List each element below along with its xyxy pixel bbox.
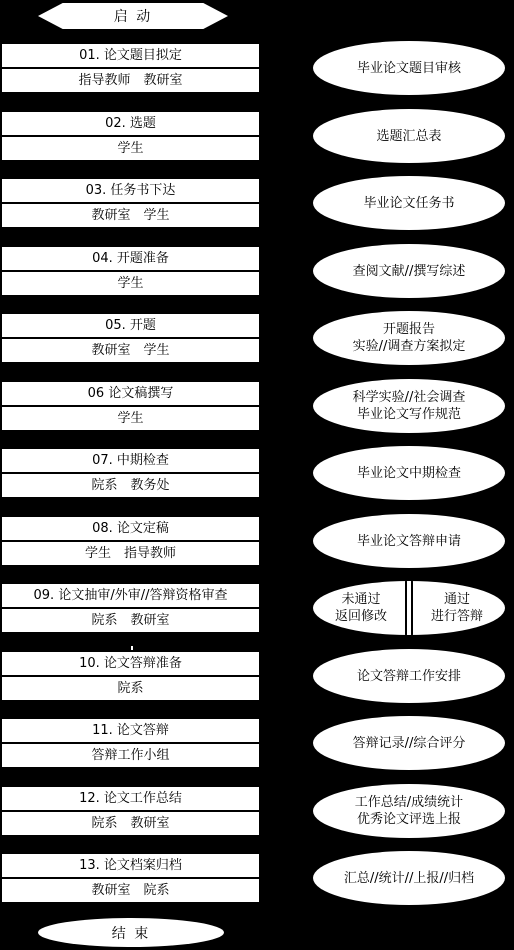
process-box-title: 12. 论文工作总结 bbox=[2, 787, 259, 812]
process-box-title: 08. 论文定稿 bbox=[2, 517, 259, 542]
output-line: 毕业论文题目审核 bbox=[357, 60, 461, 77]
output-ellipse-12: 工作总结/成绩统计 优秀论文评选上报 bbox=[313, 784, 505, 838]
output-ellipse-03: 毕业论文任务书 bbox=[313, 176, 505, 230]
process-box-actors: 院系 教研室 bbox=[2, 609, 259, 632]
output-line: 工作总结/成绩统计 bbox=[355, 794, 463, 811]
flow-row-01: 01. 论文题目拟定 指导教师 教研室 毕业论文题目审核 bbox=[0, 44, 514, 92]
output-ellipse-08: 毕业论文答辩申请 bbox=[313, 514, 505, 568]
output-line: 未通过 bbox=[341, 591, 380, 608]
flow-row-13: 13. 论文档案归档 教研室 院系 汇总//统计//上报//归档 bbox=[0, 854, 514, 902]
process-box-04: 04. 开题准备 学生 bbox=[2, 247, 259, 295]
output-line: 选题汇总表 bbox=[376, 128, 441, 145]
flow-row-04: 04. 开题准备 学生 查阅文献//撰写综述 bbox=[0, 247, 514, 295]
output-ellipse-01: 毕业论文题目审核 bbox=[313, 41, 505, 95]
output-line: 毕业论文答辩申请 bbox=[357, 533, 461, 550]
process-box-title: 07. 中期检查 bbox=[2, 449, 259, 474]
output-line: 科学实验//社会调查 bbox=[353, 389, 466, 406]
split-divider bbox=[411, 581, 413, 635]
process-box-actors: 教研室 院系 bbox=[2, 879, 259, 902]
process-box-06: 06 论文稿撰写 学生 bbox=[2, 382, 259, 430]
flow-row-11: 11. 论文答辩 答辩工作小组 答辩记录//综合评分 bbox=[0, 719, 514, 767]
output-ellipse-02: 选题汇总表 bbox=[313, 109, 505, 163]
output-line: 通过 bbox=[444, 591, 470, 608]
process-box-actors: 学生 bbox=[2, 407, 259, 430]
process-box-actors: 院系 教务处 bbox=[2, 474, 259, 497]
process-box-02: 02. 选题 学生 bbox=[2, 112, 259, 160]
output-line: 答辩记录//综合评分 bbox=[353, 735, 466, 752]
flow-row-08: 08. 论文定稿 学生 指导教师 毕业论文答辩申请 bbox=[0, 517, 514, 565]
process-box-03: 03. 任务书下达 教研室 学生 bbox=[2, 179, 259, 227]
split-right: 通过 进行答辩 bbox=[409, 581, 505, 635]
process-box-actors: 院系 教研室 bbox=[2, 812, 259, 835]
output-line: 查阅文献//撰写综述 bbox=[353, 263, 466, 280]
output-line: 返回修改 bbox=[335, 608, 387, 625]
output-ellipse-11: 答辩记录//综合评分 bbox=[313, 716, 505, 770]
process-box-title: 09. 论文抽审/外审//答辩资格审查 bbox=[2, 584, 259, 609]
process-box-actors: 学生 指导教师 bbox=[2, 542, 259, 565]
process-box-actors: 学生 bbox=[2, 137, 259, 160]
process-box-actors: 答辩工作小组 bbox=[2, 744, 259, 767]
end-node: 结 束 bbox=[38, 918, 224, 947]
process-box-11: 11. 论文答辩 答辩工作小组 bbox=[2, 719, 259, 767]
output-ellipse-13: 汇总//统计//上报//归档 bbox=[313, 851, 505, 905]
flowchart-canvas: 启 动 01. 论文题目拟定 指导教师 教研室 毕业论文题目审核 02. 选题 … bbox=[0, 0, 514, 950]
output-line: 毕业论文任务书 bbox=[363, 195, 454, 212]
split-left: 未通过 返回修改 bbox=[313, 581, 409, 635]
end-label: 结 束 bbox=[112, 923, 150, 943]
process-box-08: 08. 论文定稿 学生 指导教师 bbox=[2, 517, 259, 565]
flow-row-09: 09. 论文抽审/外审//答辩资格审查 院系 教研室 未通过 返回修改 通过 进… bbox=[0, 584, 514, 632]
process-box-title: 03. 任务书下达 bbox=[2, 179, 259, 204]
output-line: 论文答辩工作安排 bbox=[357, 668, 461, 685]
process-box-title: 05. 开题 bbox=[2, 314, 259, 339]
start-node: 启 动 bbox=[38, 3, 228, 29]
process-box-01: 01. 论文题目拟定 指导教师 教研室 bbox=[2, 44, 259, 92]
connector-stub bbox=[131, 646, 133, 650]
process-box-title: 13. 论文档案归档 bbox=[2, 854, 259, 879]
output-line: 毕业论文写作规范 bbox=[357, 406, 461, 423]
flow-row-10: 10. 论文答辩准备 院系 论文答辩工作安排 bbox=[0, 652, 514, 700]
flow-row-02: 02. 选题 学生 选题汇总表 bbox=[0, 112, 514, 160]
output-line: 优秀论文评选上报 bbox=[357, 811, 461, 828]
output-ellipse-10: 论文答辩工作安排 bbox=[313, 649, 505, 703]
process-box-title: 11. 论文答辩 bbox=[2, 719, 259, 744]
flow-row-03: 03. 任务书下达 教研室 学生 毕业论文任务书 bbox=[0, 179, 514, 227]
process-box-title: 10. 论文答辩准备 bbox=[2, 652, 259, 677]
flow-row-07: 07. 中期检查 院系 教务处 毕业论文中期检查 bbox=[0, 449, 514, 497]
flow-row-05: 05. 开题 教研室 学生 开题报告 实验//调查方案拟定 bbox=[0, 314, 514, 362]
output-line: 实验//调查方案拟定 bbox=[353, 338, 466, 355]
output-ellipse-07: 毕业论文中期检查 bbox=[313, 446, 505, 500]
process-box-title: 01. 论文题目拟定 bbox=[2, 44, 259, 69]
process-box-actors: 教研室 学生 bbox=[2, 204, 259, 227]
process-box-05: 05. 开题 教研室 学生 bbox=[2, 314, 259, 362]
process-box-actors: 学生 bbox=[2, 272, 259, 295]
process-box-title: 02. 选题 bbox=[2, 112, 259, 137]
output-ellipse-05: 开题报告 实验//调查方案拟定 bbox=[313, 311, 505, 365]
process-box-12: 12. 论文工作总结 院系 教研室 bbox=[2, 787, 259, 835]
process-box-actors: 教研室 学生 bbox=[2, 339, 259, 362]
output-line: 进行答辩 bbox=[431, 608, 483, 625]
output-line: 开题报告 bbox=[383, 321, 435, 338]
process-box-10: 10. 论文答辩准备 院系 bbox=[2, 652, 259, 700]
split-divider bbox=[405, 581, 407, 635]
flow-row-12: 12. 论文工作总结 院系 教研室 工作总结/成绩统计 优秀论文评选上报 bbox=[0, 787, 514, 835]
output-ellipse-06: 科学实验//社会调查 毕业论文写作规范 bbox=[313, 379, 505, 433]
process-box-07: 07. 中期检查 院系 教务处 bbox=[2, 449, 259, 497]
output-ellipse-split-09: 未通过 返回修改 通过 进行答辩 bbox=[313, 581, 505, 635]
output-line: 汇总//统计//上报//归档 bbox=[344, 870, 474, 887]
process-box-13: 13. 论文档案归档 教研室 院系 bbox=[2, 854, 259, 902]
output-ellipse-04: 查阅文献//撰写综述 bbox=[313, 244, 505, 298]
process-box-actors: 院系 bbox=[2, 677, 259, 700]
process-box-title: 04. 开题准备 bbox=[2, 247, 259, 272]
output-line: 毕业论文中期检查 bbox=[357, 465, 461, 482]
process-box-actors: 指导教师 教研室 bbox=[2, 69, 259, 92]
flow-row-06: 06 论文稿撰写 学生 科学实验//社会调查 毕业论文写作规范 bbox=[0, 382, 514, 430]
process-box-title: 06 论文稿撰写 bbox=[2, 382, 259, 407]
process-box-09: 09. 论文抽审/外审//答辩资格审查 院系 教研室 bbox=[2, 584, 259, 632]
start-label: 启 动 bbox=[114, 6, 152, 26]
